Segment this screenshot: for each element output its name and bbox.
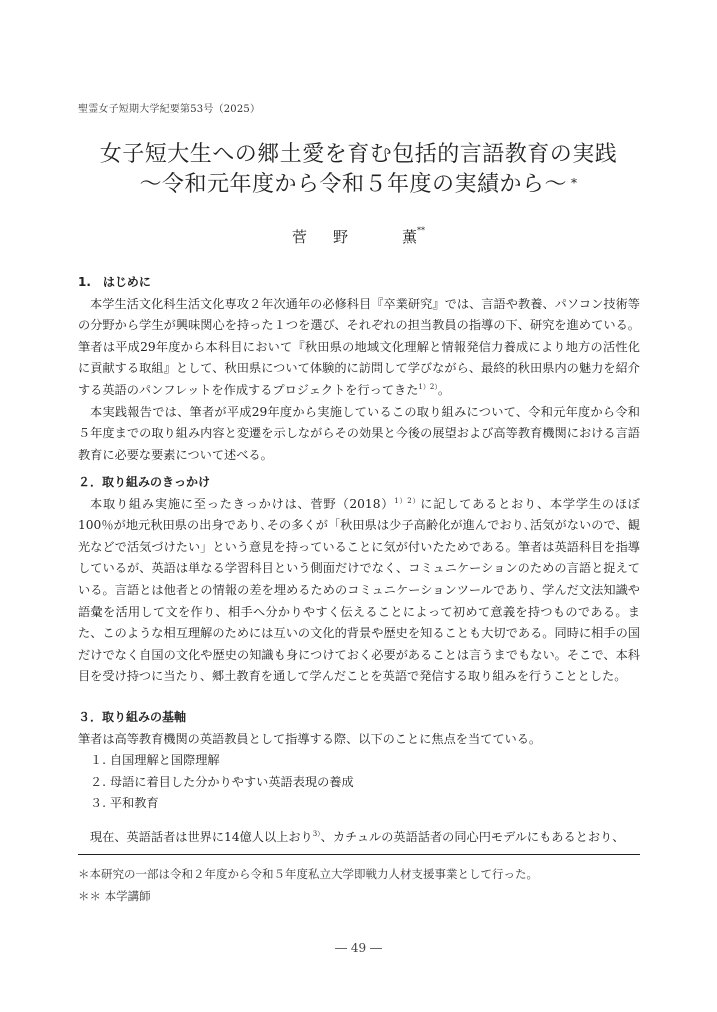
author-surname-1: 菅 <box>292 226 307 247</box>
citation-ref: 1）2） <box>418 383 437 391</box>
paragraph-text-tail: 、カチュルの英語話者の同心円モデルにもあるとおり、 <box>321 830 625 844</box>
author-footnote-mark: ** <box>417 226 425 235</box>
section-intro: 筆者は高等教育機関の英語教員として指導する際、以下のことに焦点を当てている。 <box>78 729 640 751</box>
subtitle: ～令和元年度から令和５年度の実績から～* <box>0 170 717 200</box>
paper-page: 聖霊女子短期大学紀要第53号（2025） 女子短大生への郷土愛を育む包括的言語教… <box>0 0 717 1012</box>
author-given-name: 薫 <box>402 226 417 247</box>
focus-list-item: ３. 平和教育 <box>78 793 640 815</box>
footnote-2: ＊＊ 本学講師 <box>78 885 640 907</box>
paragraph: 本学生活文化科生活文化専攻２年次通年の必修科目『卒業研究』では、言語や教養、パソ… <box>78 294 640 402</box>
focus-list-item: １. 自国理解と国際理解 <box>78 750 640 772</box>
paragraph: 現在、英語話者は世界に14億人以上おり3）、カチュルの英語話者の同心円モデルにも… <box>78 827 640 849</box>
paragraph: 本取り組み実施に至ったきっかけは、菅野（2018）1）2）に記してあるとおり、本… <box>78 494 640 688</box>
section-heading: ２．取り組みのきっかけ <box>78 472 640 494</box>
subtitle-footnote-mark: * <box>571 176 578 190</box>
author-line: 菅野薫** <box>0 226 717 247</box>
paragraph-text: 本取り組み実施に至ったきっかけは、菅野（2018） <box>90 497 394 511</box>
citation-ref: 3） <box>313 830 321 838</box>
footnotes: ＊本研究の一部は令和２年度から令和５年度私立大学即戦力人材支援事業として行った。… <box>78 863 640 907</box>
section-heading: ３．取り組みの基軸 <box>78 707 640 729</box>
paragraph-text-tail: に記してあるとおり、本学学生のほぼ100％が地元秋田県の出身であり､その多くが「… <box>78 497 640 684</box>
paragraph-text: 現在、英語話者は世界に14億人以上おり <box>90 830 313 844</box>
citation-ref: 1）2） <box>394 497 420 505</box>
paragraph-text: 本学生活文化科生活文化専攻２年次通年の必修科目『卒業研究』では、言語や教養、パソ… <box>78 297 640 397</box>
paragraph-text-tail: 。 <box>438 383 450 397</box>
journal-header: 聖霊女子短期大学紀要第53号（2025） <box>78 100 260 115</box>
main-title: 女子短大生への郷土愛を育む包括的言語教育の実践 <box>0 140 717 170</box>
author-surname-2: 野 <box>333 226 348 247</box>
title-block: 女子短大生への郷土愛を育む包括的言語教育の実践 ～令和元年度から令和５年度の実績… <box>0 140 717 200</box>
subtitle-text: ～令和元年度から令和５年度の実績から～ <box>139 172 567 197</box>
section-3: ３．取り組みの基軸 筆者は高等教育機関の英語教員として指導する際、以下のことに焦… <box>78 707 640 849</box>
paragraph: 本実践報告では、筆者が平成29年度から実施しているこの取り組みについて、令和元年… <box>78 402 640 467</box>
footnote-divider <box>78 854 640 855</box>
page-number: ― 49 ― <box>0 941 717 955</box>
section-1: 1. はじめに 本学生活文化科生活文化専攻２年次通年の必修科目『卒業研究』では、… <box>78 272 640 466</box>
section-2: ２．取り組みのきっかけ 本取り組み実施に至ったきっかけは、菅野（2018）1）2… <box>78 472 640 688</box>
footnote-1: ＊本研究の一部は令和２年度から令和５年度私立大学即戦力人材支援事業として行った。 <box>78 863 640 885</box>
section-heading: 1. はじめに <box>78 272 640 294</box>
focus-list-item: ２. 母語に着目した分かりやすい英語表現の養成 <box>78 772 640 794</box>
